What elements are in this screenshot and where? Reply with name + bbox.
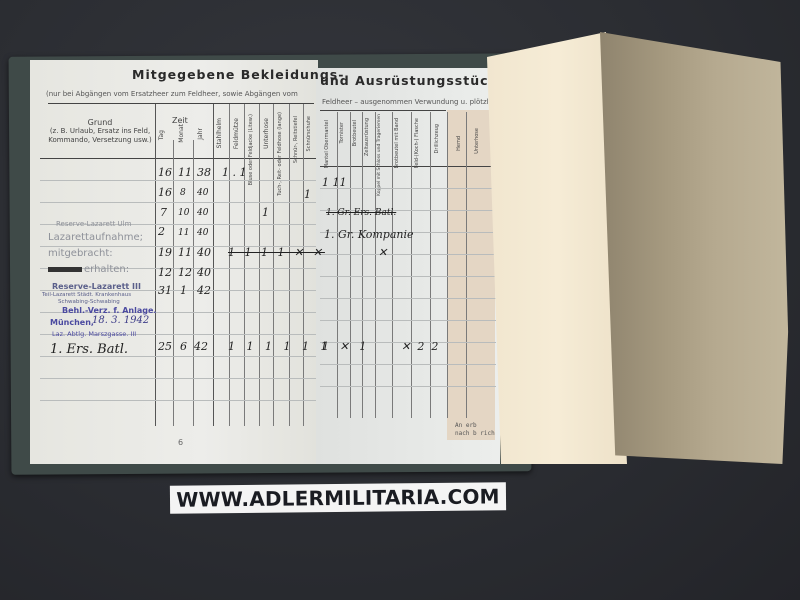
column-header-rule-left — [40, 158, 316, 159]
row-2-monat: 8 — [180, 188, 186, 198]
grid-row-line — [320, 320, 496, 321]
flap-text-line-1: An erb — [455, 422, 495, 430]
row-3-marks: 1 — [262, 206, 269, 219]
col-feldflasche: Feld-(Koch-) Flasche — [414, 118, 420, 168]
grid-row-line — [40, 180, 316, 181]
row-5-monat: 11 — [178, 246, 192, 259]
watermark-label: WWW.ADLERMILITARIA.COM — [170, 482, 506, 514]
subtitle-right: Feldheer – ausgenommen Verwundung u. plö… — [322, 98, 491, 106]
row-3-monat: 10 — [178, 208, 189, 218]
row-7-tag: 31 — [158, 284, 172, 297]
row-7-jahr: 42 — [197, 284, 211, 297]
row-4-jahr: 40 — [197, 228, 208, 238]
col-stahlhelm: Stahlhelm — [216, 118, 223, 148]
grid-row-line — [40, 202, 316, 203]
col-jahr: Jahr — [197, 128, 204, 140]
grid-row-line — [40, 378, 316, 379]
row-2-jahr: 40 — [197, 188, 208, 198]
grid-vline — [350, 112, 351, 418]
col-feldmuetze: Feldmütze — [233, 118, 240, 149]
row-1-monat: 11 — [178, 166, 192, 179]
right-row-1-marks: 1 11 — [322, 176, 347, 189]
grid-vline — [337, 112, 338, 418]
col-bluse: Bluse oder Feldjacke (Litew.) — [248, 114, 254, 185]
grund-header: Grund (z. B. Urlaub, Ersatz ins Feld, Ko… — [40, 118, 160, 145]
right-crossed-entry: 1. Gr. Ers. Batl. — [326, 208, 396, 218]
col-koppel: Koppel mit Schloss und Trageriemen — [377, 114, 382, 196]
row-4-tag: 2 — [158, 225, 165, 238]
tan-paper-strip — [447, 110, 495, 440]
row-3-jahr: 40 — [197, 208, 208, 218]
grid-row-line — [320, 364, 496, 365]
row-1-jahr: 38 — [197, 166, 211, 179]
col-hemd: Hemd — [456, 136, 462, 151]
grid-vline — [362, 112, 363, 418]
flap-text: An erb nach b rich — [455, 422, 495, 438]
grund-title: Grund — [40, 118, 160, 127]
col-monat: Monat — [178, 124, 185, 143]
grid-row-line — [320, 386, 496, 387]
row-6-tag: 12 — [158, 266, 172, 279]
col-mantel: Mantel Obermantel — [324, 120, 330, 168]
redaction-bar — [48, 267, 82, 272]
grid-vline — [430, 112, 431, 418]
stamp-line-6: Teil-Lazarett Städt. Krankenhaus — [42, 292, 131, 298]
stamp-line-3: mitgebracht: — [48, 248, 113, 259]
col-tornister: Tornister — [339, 122, 345, 144]
col-brotbeutel: Brotbeutel — [352, 120, 358, 146]
col-feldhose: Tuch-, Reit- oder Feldhose (lange) — [277, 112, 283, 196]
row-6-monat: 12 — [178, 266, 192, 279]
row-5-tag: 19 — [158, 246, 172, 259]
stamp-line-9-date: 18. 3. 1942 — [92, 315, 149, 326]
stamp-line-4-text: erhalten: — [84, 264, 129, 275]
row-7-monat: 1 — [180, 284, 187, 297]
stamp-line-7: Schwabing-Schwabing — [58, 299, 120, 305]
stamp-line-4: erhalten: — [48, 264, 129, 275]
stamp-line-9-place: München, — [50, 318, 94, 327]
row-8-jahr: 42 — [194, 340, 208, 353]
row-6-jahr: 40 — [197, 266, 211, 279]
grid-row-line — [320, 298, 496, 299]
watermark-text: WWW.ADLERMILITARIA.COM — [176, 484, 500, 511]
row-4-monat: 11 — [178, 228, 189, 238]
row-2-marks: 1 — [304, 188, 311, 201]
col-schnuerschuhe: Schnürschuhe — [306, 116, 312, 151]
grid-vline — [392, 112, 393, 418]
row-1-tag: 16 — [158, 166, 172, 179]
subtitle-left: (nur bei Abgängen vom Ersatzheer zum Fel… — [46, 90, 298, 98]
stamp-line-2: Lazarettaufnahme; — [48, 232, 143, 243]
page-title-right: und Ausrüstungsstücke — [320, 73, 507, 88]
row-8-tag: 25 — [158, 340, 172, 353]
grid-vline — [173, 140, 174, 426]
row-5-marks: 1 1 1 1 ✕ ✕ — [228, 246, 325, 259]
row-2-tag: 16 — [158, 186, 172, 199]
col-stiefel: Schnür-, Reitstiefel — [293, 116, 299, 163]
grid-vline — [447, 112, 448, 418]
header-rule-left — [48, 103, 314, 104]
row-8-grund: 1. Ers. Batl. — [50, 342, 128, 357]
page-number: 6 — [178, 438, 183, 447]
grid-vline — [466, 112, 467, 418]
stamp-line-8: Behl.-Verz. f. Anlage. — [62, 306, 156, 315]
right-entry: 1. Gr. Kompanie — [324, 228, 414, 241]
row-8-monat: 6 — [180, 340, 187, 353]
grid-row-line — [40, 400, 316, 401]
flap-text-line-2: nach b rich — [455, 430, 495, 438]
row-5-jahr: 40 — [197, 246, 211, 259]
page-title-left: Mitgegebene Bekleidungs- — [132, 67, 344, 82]
col-brotbeutel-band: Brotbeutel mit Band — [394, 118, 400, 168]
grid-vline — [193, 140, 194, 426]
column-header-rule-right — [320, 166, 496, 167]
grid-row-line — [320, 276, 496, 277]
right-cross-mark: ✕ — [378, 246, 387, 259]
right-last-row-marks: 1 ✕ 1 ✕ 2 2 — [322, 340, 438, 353]
col-zeltausruestung: Zeltausrüstung — [364, 118, 370, 156]
grid-vline — [375, 112, 376, 418]
col-unterhose: Unterhose — [263, 118, 270, 149]
col-tag: Tag — [158, 130, 165, 140]
stamp-line-1: Reserve-Lazarett Ulm — [56, 220, 131, 228]
folded-flap-back — [600, 32, 790, 464]
col-drillichzeug: Drillichzeug — [434, 124, 440, 153]
header-rule-right — [320, 110, 446, 111]
grid-vline — [411, 112, 412, 418]
row-3-tag: 7 — [160, 206, 167, 219]
row-8-marks: 1 1 1 1 1 1 — [228, 340, 331, 353]
stamp-line-10: Laz. Abtlg. Marszgasse. III — [52, 330, 136, 338]
grid-row-line — [320, 254, 496, 255]
stamp-line-5: Reserve-Lazarett III — [52, 282, 141, 291]
col-unterhose-2: Unterhose — [474, 128, 480, 154]
row-1-marks: 1 . 1 — [222, 166, 247, 179]
grund-note: (z. B. Urlaub, Ersatz ins Feld, Kommando… — [40, 127, 160, 145]
